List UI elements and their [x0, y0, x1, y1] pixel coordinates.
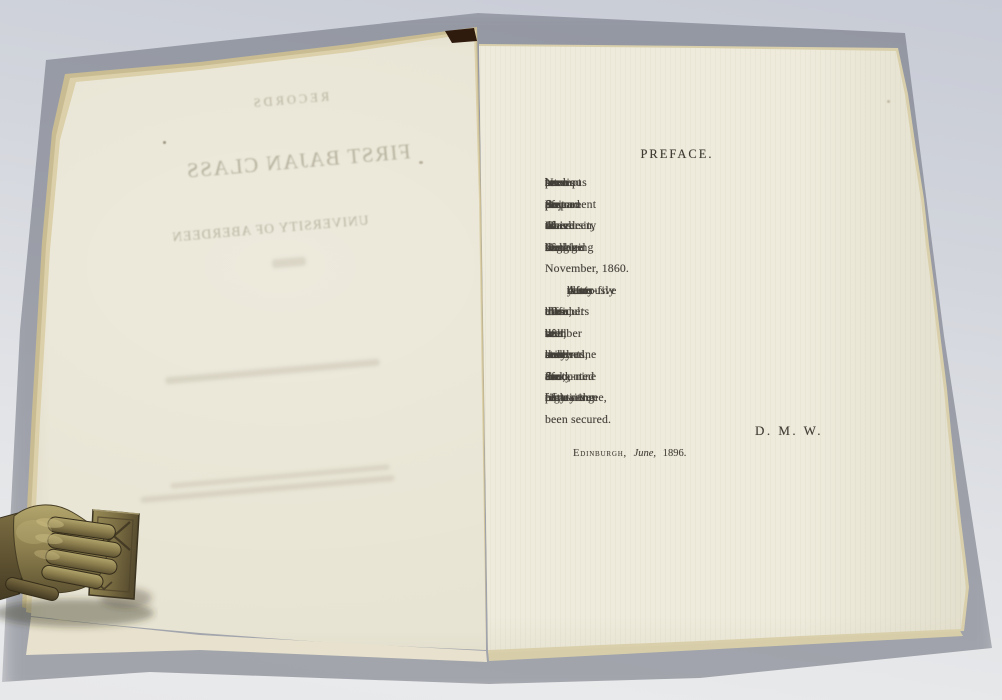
imprint-line: Edinburgh, June, 1896.	[573, 448, 686, 459]
preface-line: butitwillbeseenthat,ofthetotalnumberofon…	[545, 323, 823, 345]
paper-speck	[887, 100, 890, 103]
preface-line: Aftermorethanthirty-fiveyearsithasobviou…	[545, 280, 823, 302]
imprint-place: Edinburgh,	[573, 448, 627, 459]
brass-hand-page-holder	[0, 486, 158, 656]
showthrough-university-title: UNIVERSITY OF ABERDEEN	[140, 210, 400, 249]
preface-line: prepareapermanentRecordofthefirstBajan	[545, 194, 823, 216]
showthrough-records-title: RECORDS	[190, 84, 391, 116]
preface-heading: PREFACE.	[538, 147, 816, 162]
preface-line: accountedfor.Forty-ninearedead,and,ofthe	[545, 366, 823, 388]
preface-line: Nopreviousattemptseemstohavebeenmadeto	[545, 172, 823, 194]
preface-body: Nopreviousattemptseemstohavebeenmadeto p…	[545, 172, 823, 430]
preface-line: sembledinKing'sCollegeinthebeginningof	[545, 237, 823, 259]
photograph-of-open-book: RECORDS FIRST BAJAN CLASS UNIVERSITY OF …	[0, 0, 1002, 700]
paper-speck	[163, 141, 166, 144]
imprint-month: June,	[634, 448, 656, 459]
preface-line: hundredandthirty-ninestudents,onlysevena…	[545, 344, 823, 366]
preface-line: ClassoftheUniversityofAberdeen,whichas-	[545, 215, 823, 237]
preface-line: beendifficulttotraceallthemembersofthecl…	[545, 301, 823, 323]
paper-speck	[419, 161, 423, 164]
showthrough-faint-line	[165, 359, 380, 385]
author-initials: D. M. W.	[545, 423, 831, 439]
preface-line: remainingeighty-three,portraitsoffifty-s…	[545, 387, 823, 409]
showthrough-faint-line	[272, 257, 307, 269]
imprint-year: 1896.	[663, 448, 687, 459]
showthrough-main-title: FIRST BAJAN CLASS	[167, 138, 428, 186]
preface-line: November, 1860.	[545, 258, 823, 280]
